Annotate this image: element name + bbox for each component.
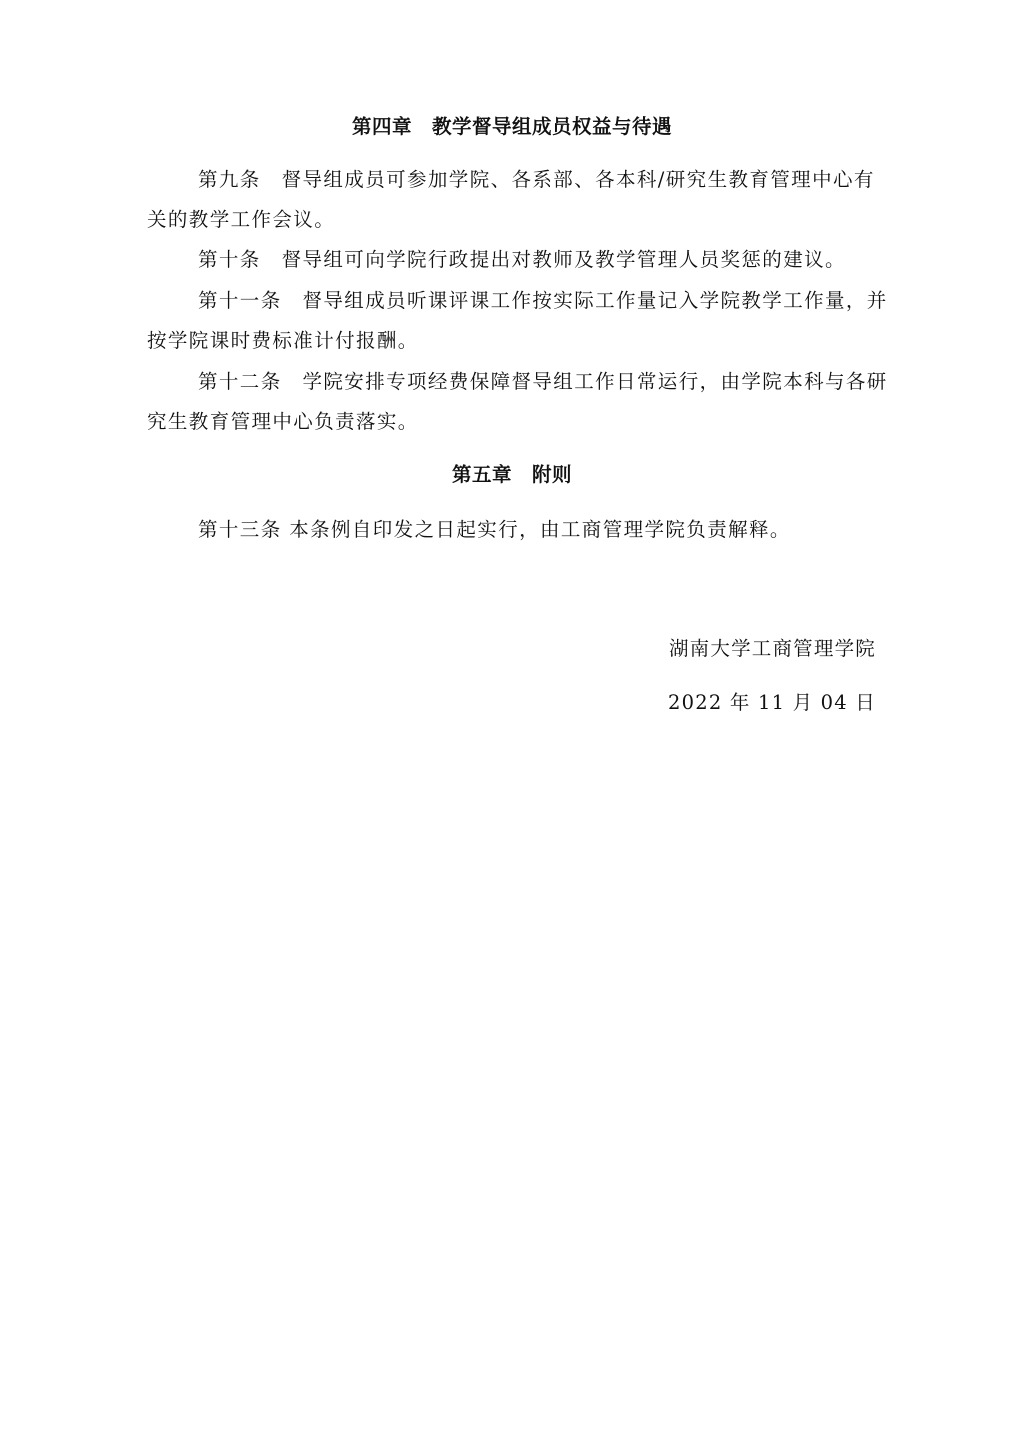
article-10-line-1: 第十条 督导组可向学院行政提出对教师及教学管理人员奖惩的建议。: [198, 244, 846, 272]
article-9-line-1: 第九条 督导组成员可参加学院、各系部、各本科/研究生教育管理中心有: [198, 164, 875, 192]
article-9-line-2: 关的教学工作会议。: [147, 204, 335, 232]
chapter-4-title: 第四章 教学督导组成员权益与待遇: [0, 111, 1024, 139]
article-12-line-1: 第十二条 学院安排专项经费保障督导组工作日常运行，由学院本科与各研: [198, 366, 888, 394]
article-12-line-2: 究生教育管理中心负责落实。: [147, 406, 419, 434]
document-page: 第四章 教学督导组成员权益与待遇 第九条 督导组成员可参加学院、各系部、各本科/…: [0, 0, 1024, 1448]
article-13-line-1: 第十三条 本条例自印发之日起实行，由工商管理学院负责解释。: [198, 514, 791, 542]
signature-organization: 湖南大学工商管理学院: [669, 633, 876, 661]
chapter-5-title: 第五章 附则: [0, 459, 1024, 487]
article-11-line-1: 第十一条 督导组成员听课评课工作按实际工作量记入学院教学工作量，并: [198, 285, 888, 313]
signature-date: 2022 年 11 月 04 日: [668, 687, 876, 715]
article-11-line-2: 按学院课时费标准计付报酬。: [147, 325, 419, 353]
